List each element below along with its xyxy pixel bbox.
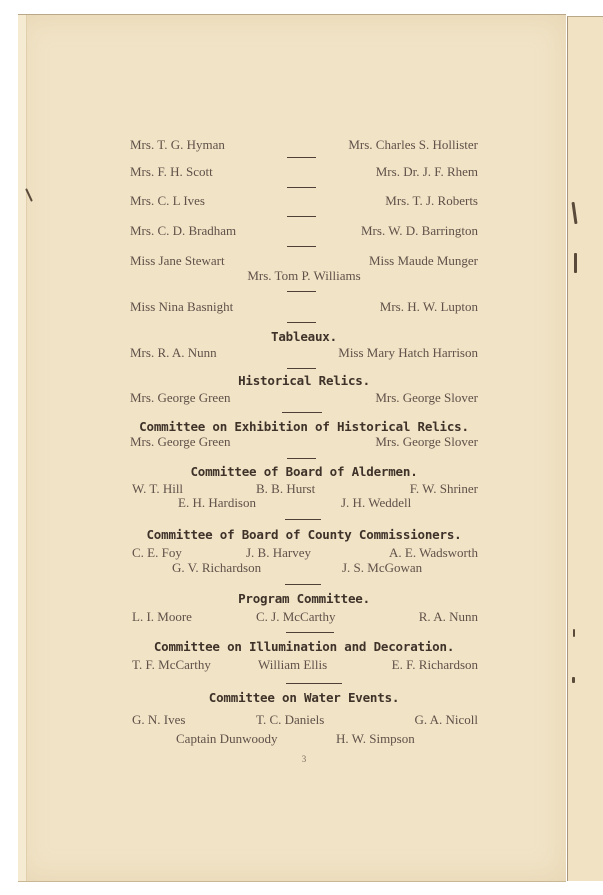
name-3: E. F. Richardson xyxy=(392,656,478,674)
divider-rule xyxy=(286,632,334,633)
name-right: Mrs. W. D. Barrington xyxy=(361,222,478,240)
name-left: Mrs. T. G. Hyman xyxy=(130,136,225,154)
name-left: Mrs. C. D. Bradham xyxy=(130,222,236,240)
divider-rule xyxy=(287,322,316,323)
name-row: Mrs. F. H. Scott Mrs. Dr. J. F. Rhem xyxy=(130,163,478,181)
stain-mark xyxy=(572,677,575,683)
name-right: Mrs. T. J. Roberts xyxy=(385,192,478,210)
name-2: J. S. McGowan xyxy=(342,559,422,577)
name-left: Mrs. C. L Ives xyxy=(130,192,205,210)
name-row: G. V. Richardson J. S. McGowan xyxy=(130,559,478,577)
name-left: Mrs. George Green xyxy=(130,433,230,451)
name-right: Mrs. Charles S. Hollister xyxy=(348,136,478,154)
name-3: G. A. Nicoll xyxy=(414,711,478,729)
name-1: G. N. Ives xyxy=(132,711,185,729)
stain-mark xyxy=(573,629,575,637)
name-row: Mrs. George Green Mrs. George Slover xyxy=(130,389,478,407)
name-row: Mrs. C. D. Bradham Mrs. W. D. Barrington xyxy=(130,222,478,240)
page-edge xyxy=(18,15,27,881)
name-row: Captain Dunwoody H. W. Simpson xyxy=(130,730,478,748)
section-heading: Committee of Board of County Commissione… xyxy=(130,527,478,543)
name-row: E. H. Hardison J. H. Weddell xyxy=(130,494,478,512)
divider-rule xyxy=(287,187,316,188)
name-row: Miss Nina Basnight Mrs. H. W. Lupton xyxy=(130,298,478,316)
name-1: T. F. McCarthy xyxy=(132,656,211,674)
section-heading: Committee of Board of Aldermen. xyxy=(130,464,478,480)
name-right: Mrs. George Slover xyxy=(375,389,478,407)
name-left: Mrs. R. A. Nunn xyxy=(130,344,217,362)
name-left: Mrs. George Green xyxy=(130,389,230,407)
name-2: William Ellis xyxy=(258,656,327,674)
name-1: G. V. Richardson xyxy=(172,559,261,577)
divider-rule xyxy=(287,157,316,158)
name-1: L. I. Moore xyxy=(132,608,192,626)
stain-mark xyxy=(571,202,577,224)
name-right: Mrs. H. W. Lupton xyxy=(380,298,478,316)
page-number: 3 xyxy=(130,754,478,764)
section-heading: Historical Relics. xyxy=(130,373,478,389)
name-row: Mrs. T. G. Hyman Mrs. Charles S. Hollist… xyxy=(130,136,478,154)
name-2: T. C. Daniels xyxy=(256,711,324,729)
name-right: Mrs. Dr. J. F. Rhem xyxy=(376,163,478,181)
name-row: T. F. McCarthy William Ellis E. F. Richa… xyxy=(130,656,478,674)
name-row: G. N. Ives T. C. Daniels G. A. Nicoll xyxy=(130,711,478,729)
divider-rule xyxy=(282,412,322,413)
name-left: Miss Nina Basnight xyxy=(130,298,233,316)
section-heading: Committee on Water Events. xyxy=(130,690,478,706)
section-heading: Committee on Illumination and Decoration… xyxy=(130,639,478,655)
divider-rule xyxy=(287,246,316,247)
divider-rule xyxy=(287,216,316,217)
name-center: Mrs. Tom P. Williams xyxy=(130,267,478,285)
divider-rule xyxy=(287,368,316,369)
name-1: E. H. Hardison xyxy=(178,494,256,512)
divider-rule xyxy=(285,519,321,520)
divider-rule xyxy=(287,291,316,292)
name-row: L. I. Moore C. J. McCarthy R. A. Nunn xyxy=(130,608,478,626)
name-row-center: Mrs. Tom P. Williams xyxy=(130,267,478,285)
name-1: Captain Dunwoody xyxy=(176,730,277,748)
divider-rule xyxy=(285,584,321,585)
name-left: Mrs. F. H. Scott xyxy=(130,163,213,181)
section-heading: Program Committee. xyxy=(130,591,478,607)
stain-mark xyxy=(574,253,577,273)
name-right: Mrs. George Slover xyxy=(375,433,478,451)
section-heading: Tableaux. xyxy=(130,329,478,345)
name-right: Miss Mary Hatch Harrison xyxy=(338,344,478,362)
name-2: J. H. Weddell xyxy=(341,494,411,512)
name-2: H. W. Simpson xyxy=(336,730,415,748)
divider-rule xyxy=(287,458,316,459)
name-row: Mrs. C. L Ives Mrs. T. J. Roberts xyxy=(130,192,478,210)
name-3: R. A. Nunn xyxy=(419,608,478,626)
adjacent-page-edge xyxy=(567,16,603,881)
name-row: Mrs. R. A. Nunn Miss Mary Hatch Harrison xyxy=(130,344,478,362)
name-row: Mrs. George Green Mrs. George Slover xyxy=(130,433,478,451)
name-2: C. J. McCarthy xyxy=(256,608,335,626)
divider-rule xyxy=(286,683,342,684)
